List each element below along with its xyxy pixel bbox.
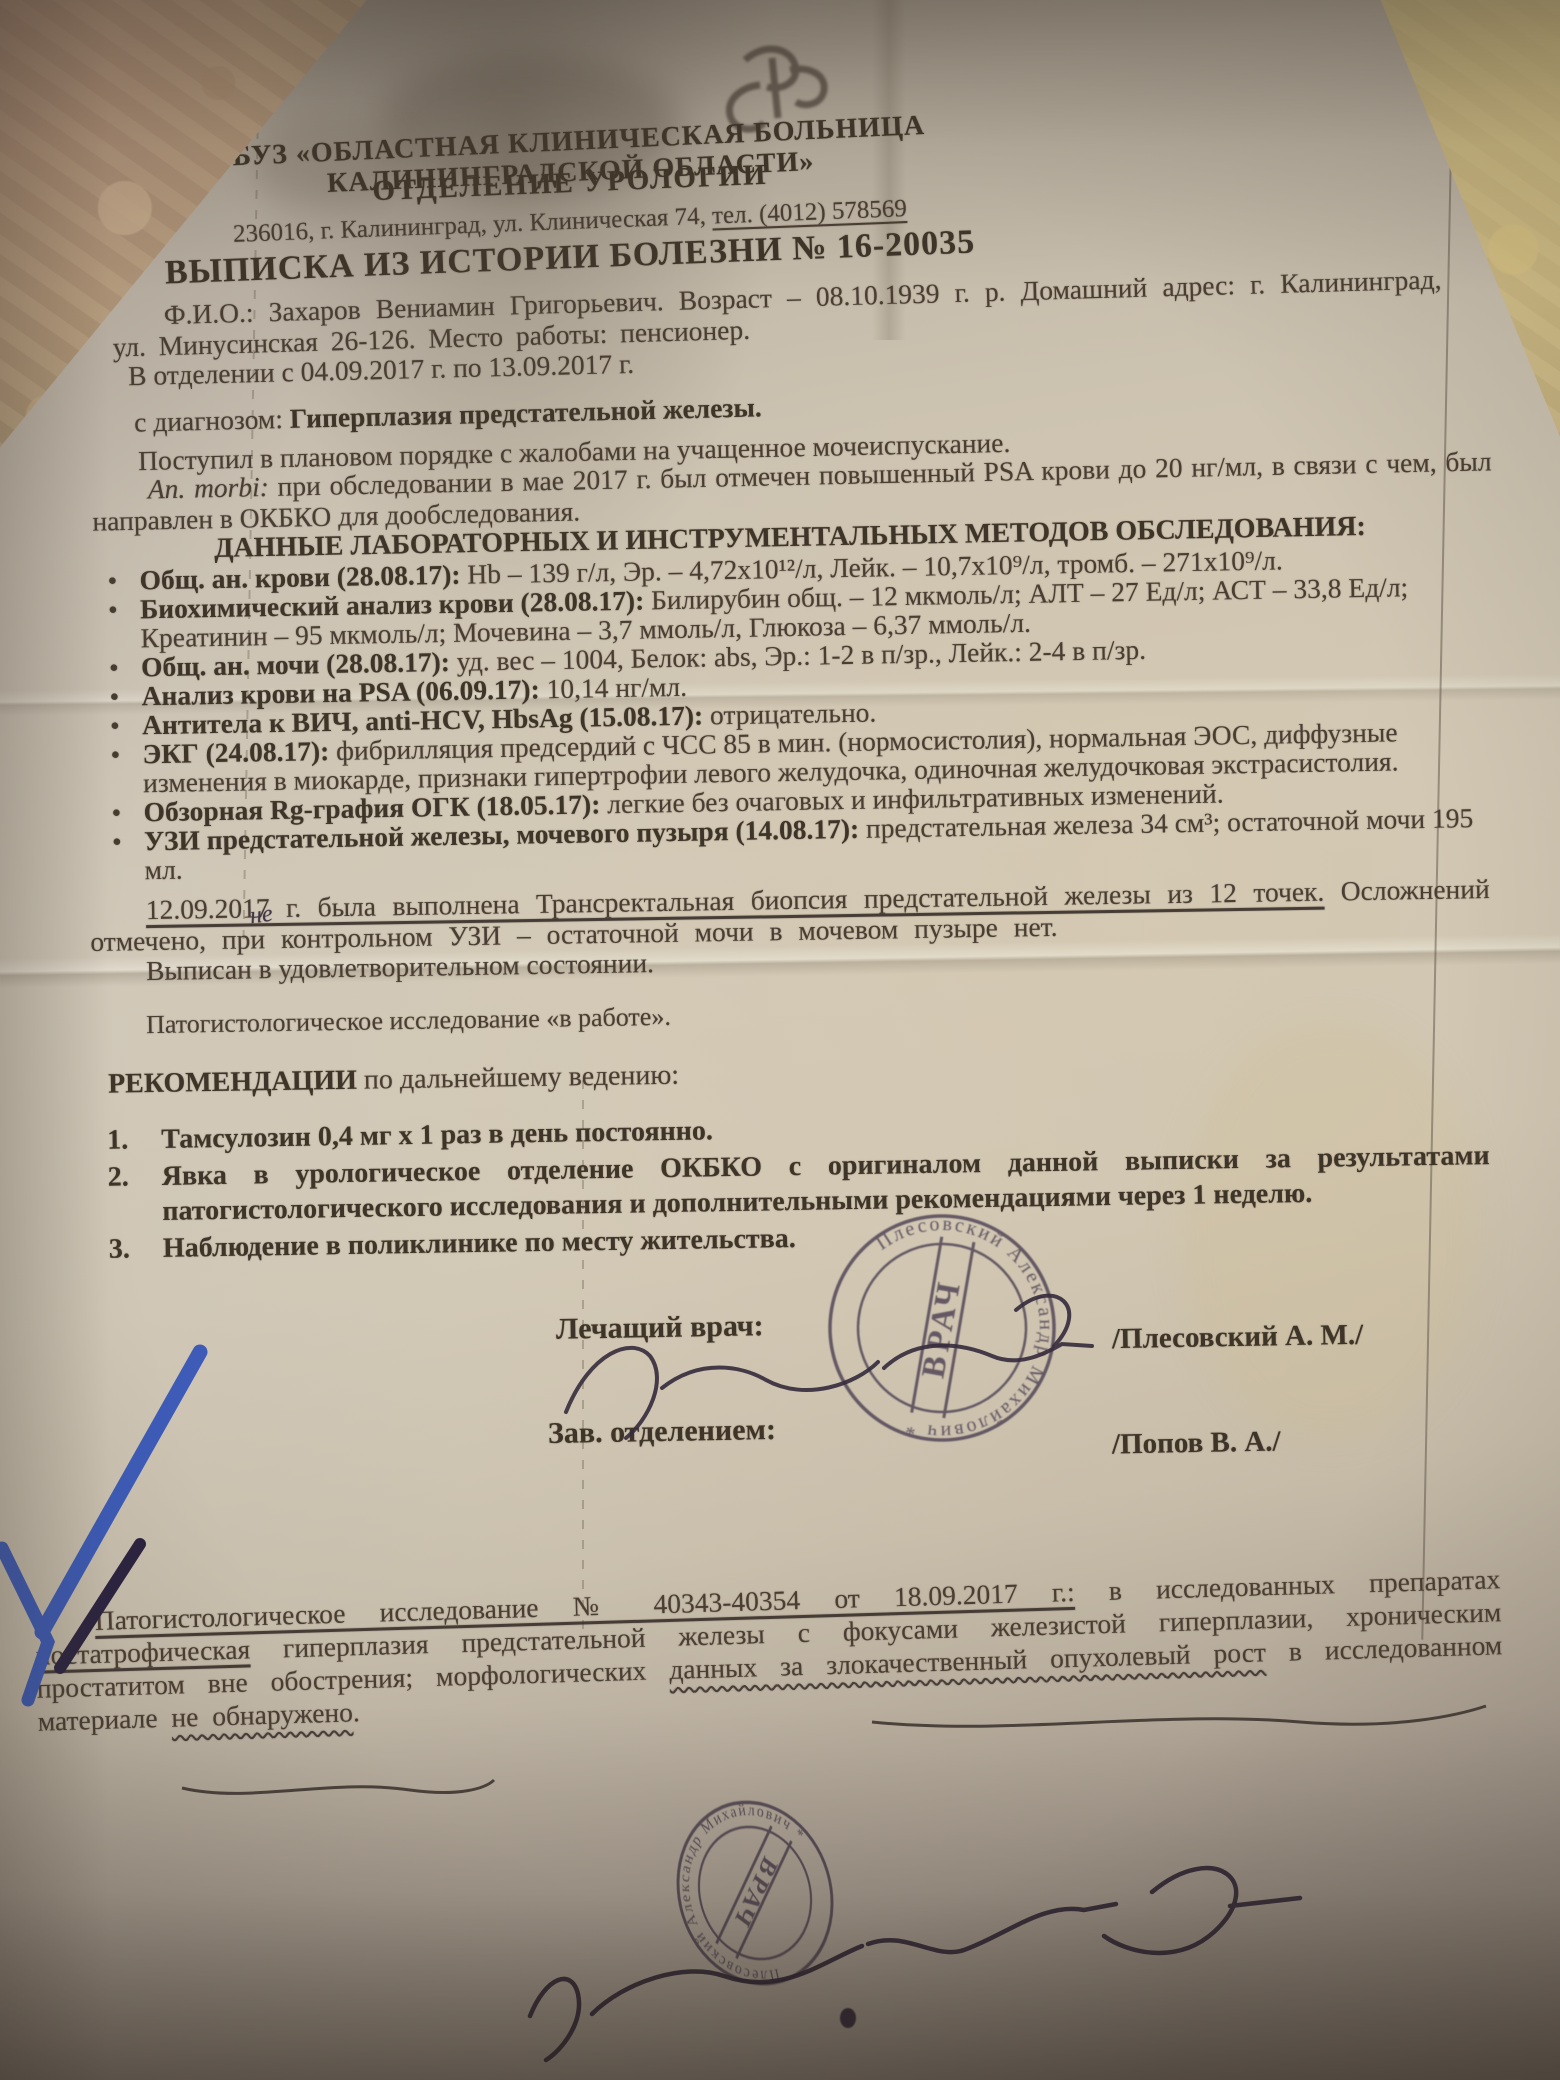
recommendations-list: 1.Тамсулозин 0,4 мг х 1 раз в день посто…: [99, 1101, 1491, 1269]
pathology-word-underlined: постатрофическая: [35, 1633, 250, 1670]
rec-text: Тамсулозин 0,4 мг х 1 раз в день постоян…: [161, 1115, 713, 1155]
rec-number: 2.: [108, 1159, 130, 1194]
phone-number: тел. (4012) 578569: [712, 195, 908, 229]
anamnesis-label: An. morbi:: [147, 471, 269, 505]
pathology-text: .: [352, 1696, 360, 1727]
rec-number: 1.: [107, 1122, 129, 1157]
head-of-department-name: /Попов В. А./: [1112, 1427, 1281, 1461]
rec-number: 3.: [109, 1231, 131, 1266]
rec-text: Наблюдение в поликлинике по месту житель…: [163, 1223, 796, 1264]
attending-doctor-label: Лечащий врач:: [556, 1310, 764, 1345]
photo-of-document: ГБУЗ «ОБЛАСТНАЯ КЛИНИЧЕСКАЯ БОЛЬНИЦА КАЛ…: [0, 0, 1560, 2080]
pathology-pending: Патогистологическое исследование «в рабо…: [146, 995, 1046, 1040]
pathology-wavy-underlined: не обнаружено: [171, 1696, 353, 1732]
diagnosis-label: с диагнозом:: [134, 403, 283, 438]
head-of-department-label: Зав. отделением:: [548, 1414, 776, 1449]
attending-doctor-name: /Плесовский А. М./: [1112, 1320, 1364, 1355]
handwritten-insert-ne: не: [248, 901, 274, 931]
recommendations-word: РЕКОМЕНДАЦИИ: [108, 1065, 357, 1100]
document-paper: ГБУЗ «ОБЛАСТНАЯ КЛИНИЧЕСКАЯ БОЛЬНИЦА КАЛ…: [0, 0, 1560, 2080]
recommendations-rest: по дальнейшему ведению:: [357, 1060, 680, 1096]
diagnosis-value: Гиперплазия предстательной железы.: [282, 391, 762, 434]
stamp-center-text: ВРАЧ: [728, 1851, 782, 1935]
complications-pre: Осложнений: [1324, 873, 1490, 907]
pathology-report: Патогистологическое исследование № 40343…: [34, 1562, 1503, 1737]
recommendations-heading: РЕКОМЕНДАЦИИ по дальнейшему ведению:: [108, 1051, 1208, 1099]
labs-list: Общ. ан. крови (28.08.17): Hb – 139 г/л,…: [93, 542, 1486, 885]
